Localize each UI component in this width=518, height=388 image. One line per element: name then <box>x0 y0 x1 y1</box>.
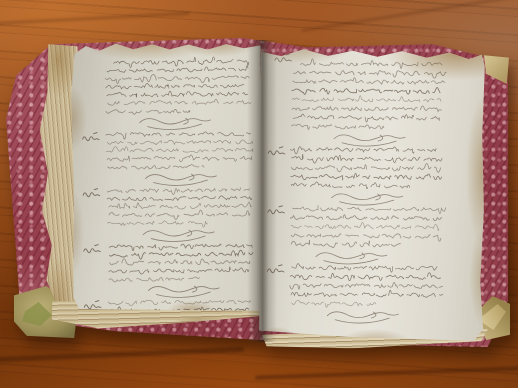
right-page-handwriting <box>259 47 485 341</box>
open-manuscript-book <box>0 0 518 388</box>
left-page-handwriting <box>71 41 264 313</box>
left-page <box>71 41 264 313</box>
right-page <box>259 47 485 341</box>
center-fold-shadow <box>247 40 277 342</box>
photo-scene <box>0 0 518 388</box>
